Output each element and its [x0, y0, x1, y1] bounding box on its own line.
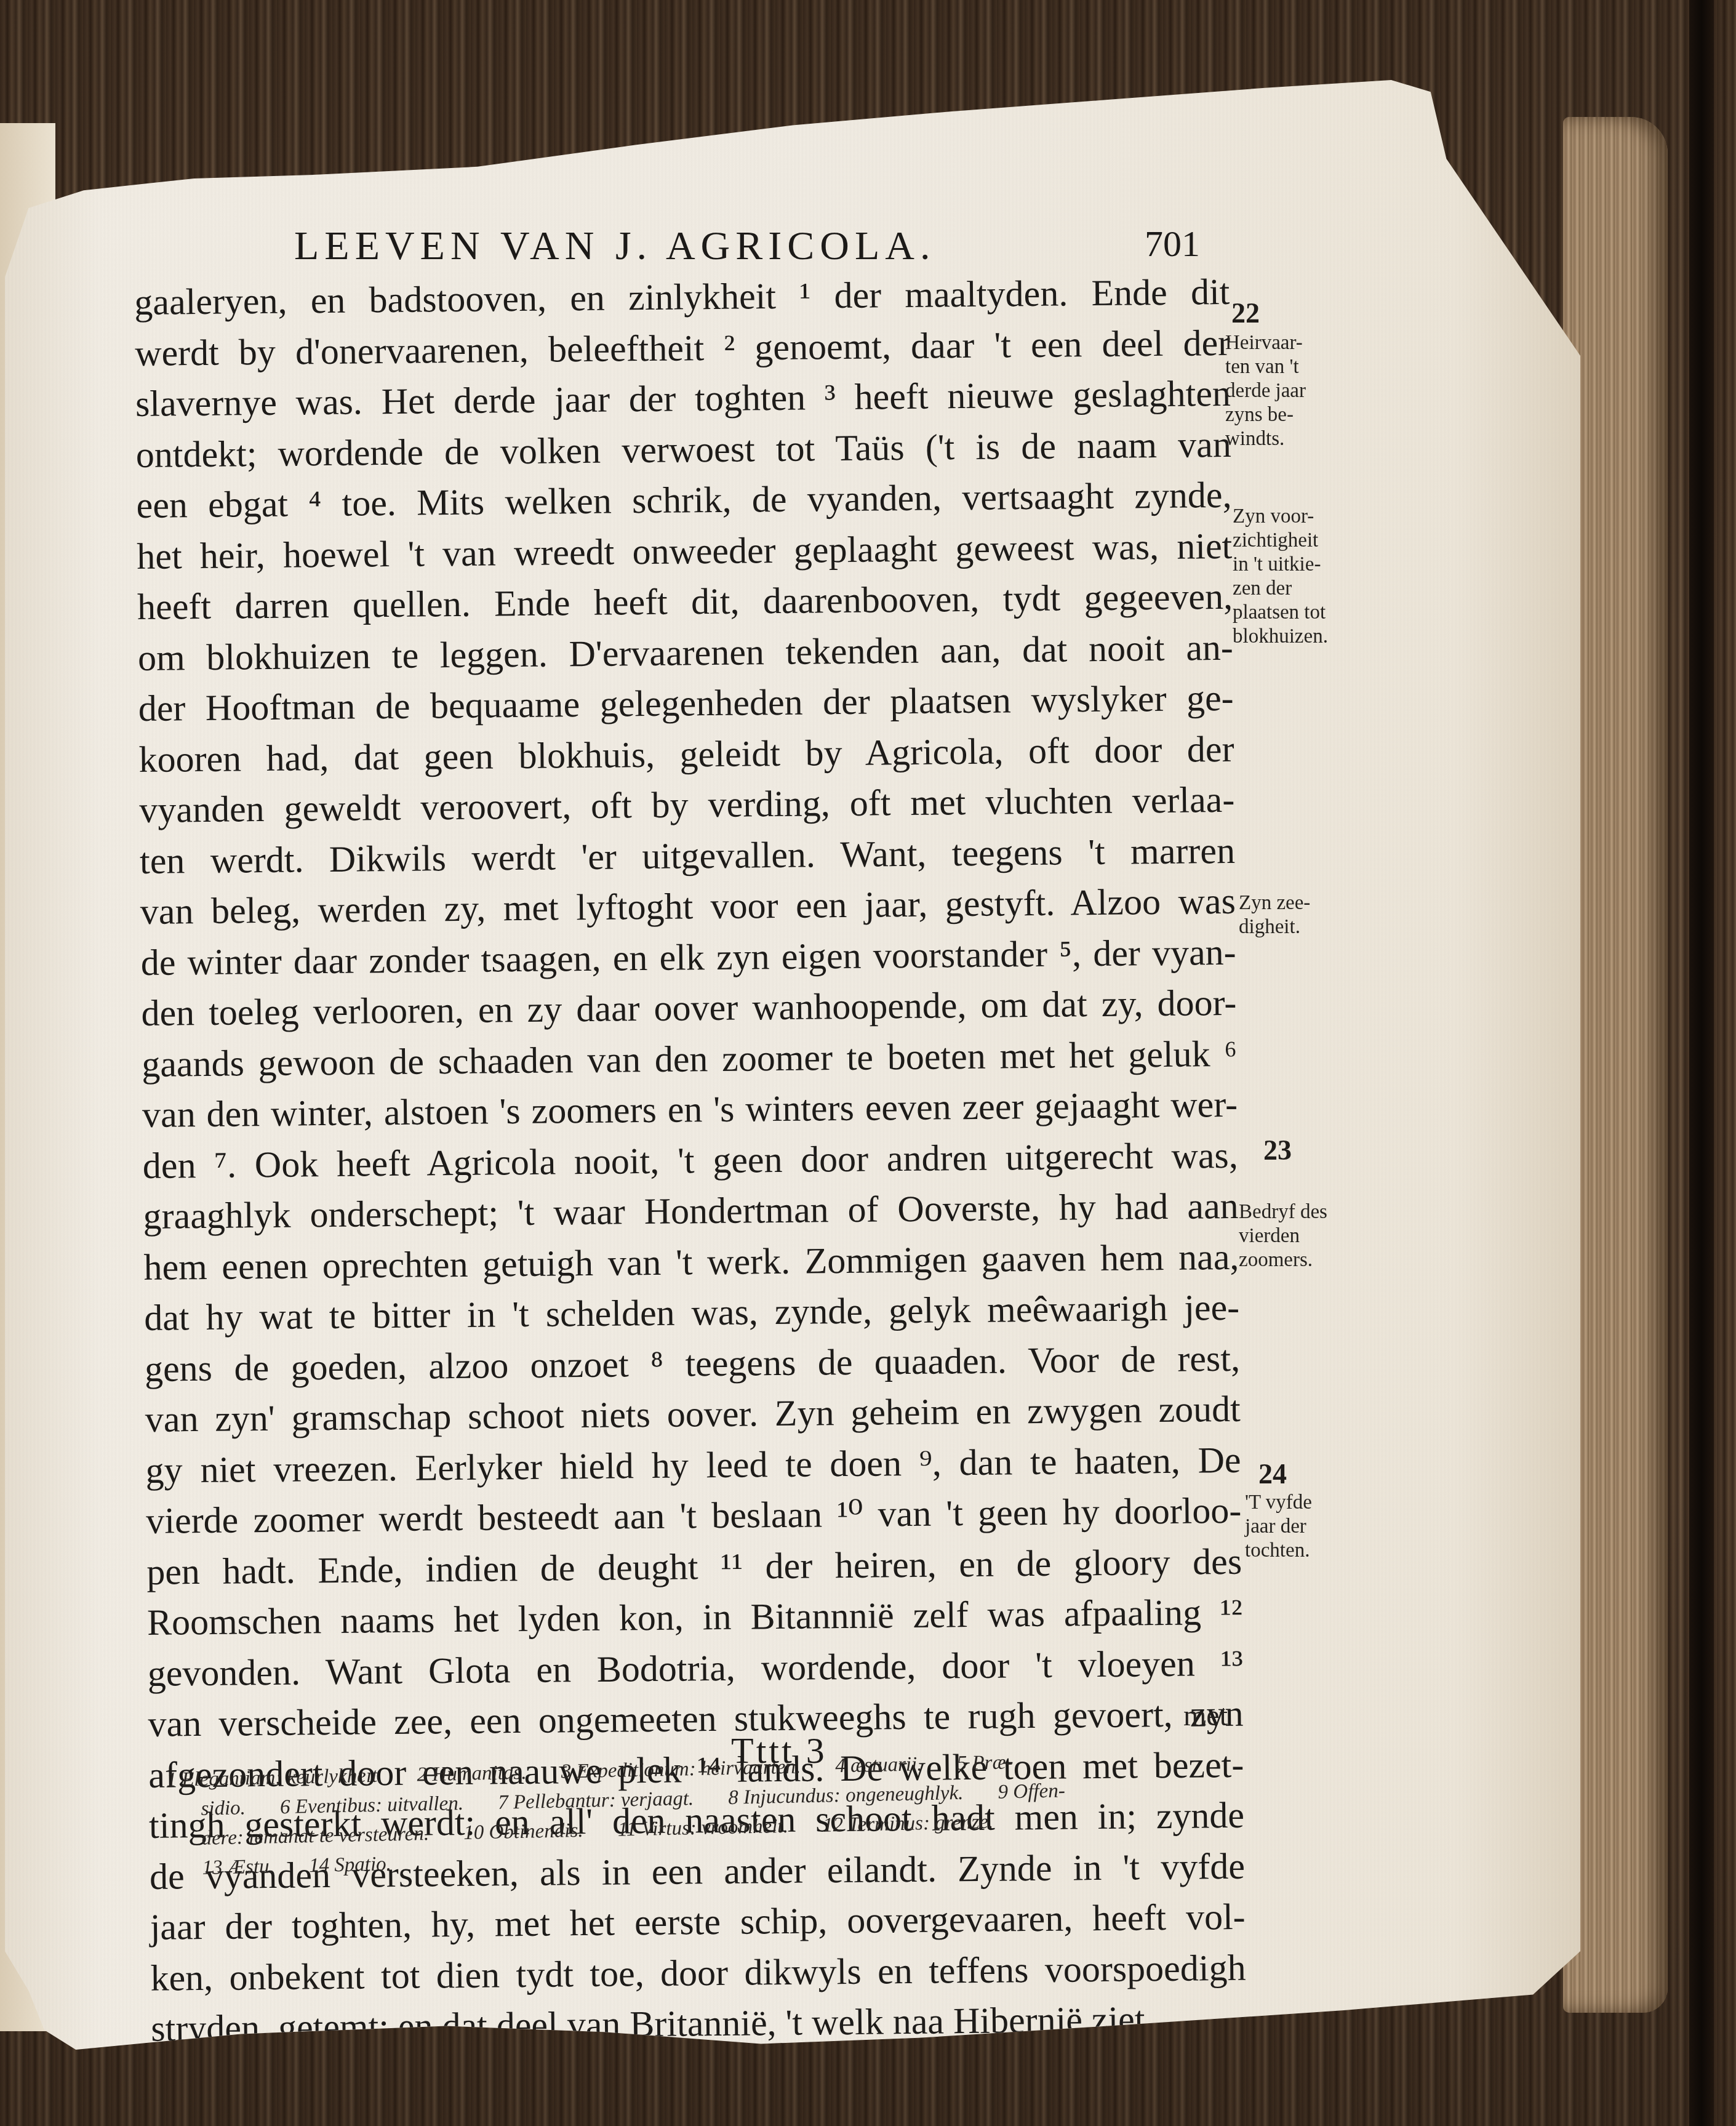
margin-note-line: zyns be-	[1225, 403, 1306, 427]
footnote: 9 Offen-	[998, 1779, 1065, 1803]
margin-note-line: zen der	[1233, 577, 1328, 601]
margin-note-line: Bedryf des	[1239, 1200, 1327, 1224]
margin-note-line: zichtigheit	[1233, 529, 1328, 553]
margin-note-line: jaar der	[1245, 1515, 1312, 1539]
margin-note-line: 'T vyfde	[1245, 1491, 1312, 1515]
footnote: 7 Pellebantur: verjaagt.	[498, 1787, 694, 1814]
running-head: LEEVEN VAN J. AGRICOLA.	[294, 223, 1156, 270]
footnote: dere: iemandt te versteuren.	[201, 1823, 429, 1850]
margin-note-line: Zyn zee-	[1239, 891, 1310, 915]
margin-note-line: zoomers.	[1239, 1248, 1327, 1272]
footnote: 2 Humanitas.	[417, 1762, 527, 1786]
section-number: 22	[1231, 297, 1260, 329]
footnote: 14 Spatio.	[309, 1853, 392, 1877]
table-seam	[1689, 0, 1714, 2126]
margin-note: 'T vyfde jaar der tochten.	[1245, 1491, 1312, 1563]
page-number: 701	[1145, 223, 1200, 265]
section-number: 24	[1258, 1458, 1287, 1490]
footnote: 11 Virtus: vroomheit.	[617, 1815, 788, 1841]
section-number: 23	[1263, 1134, 1292, 1166]
footnote: sidio.	[201, 1797, 246, 1820]
book-page: LEEVEN VAN J. AGRICOLA. 701 gaaleryen, e…	[5, 80, 1580, 2050]
margin-note-line: ten van 't	[1225, 355, 1306, 379]
footnote: 1 Elegantiam: keurlykheit.	[166, 1765, 383, 1791]
margin-note: Heirvaar- ten van 't derde jaar zyns be-…	[1225, 331, 1306, 451]
footnote: 8 Injucundus: ongeneughlyk.	[728, 1782, 964, 1809]
margin-note-line: tochten.	[1245, 1539, 1312, 1563]
margin-note-line: plaatsen tot	[1233, 601, 1328, 625]
footnote: 4 æstuarii.	[835, 1753, 922, 1777]
margin-note-line: vierden	[1239, 1224, 1327, 1248]
footnote: 3 Expeditionum: heirvaarten.	[561, 1755, 801, 1783]
footnotes: 1 Elegantiam: keurlykheit. 2 Humanitas. …	[166, 1742, 1276, 1883]
margin-note: Zyn zee- digheit.	[1239, 891, 1310, 939]
margin-note: Bedryf des vierden zoomers.	[1239, 1200, 1327, 1272]
margin-note-line: blokhuizen.	[1233, 625, 1328, 649]
footnote: 5 Præ-	[956, 1751, 1012, 1775]
margin-note-line: Zyn voor-	[1233, 505, 1328, 529]
text-line: stryden, getemt: en dat deel van Britann…	[151, 1993, 1247, 2055]
margin-note-line: in 't uitkie-	[1233, 553, 1328, 577]
footnote: 10 Obtinendis.	[463, 1819, 583, 1844]
margin-note-line: windts.	[1225, 427, 1306, 451]
footnote: 13 Æstu.	[202, 1855, 274, 1879]
margin-note-line: Heirvaar-	[1225, 331, 1306, 355]
margin-note-line: derde jaar	[1225, 379, 1306, 403]
footnote: 6 Eventibus: uitvallen.	[280, 1792, 464, 1818]
margin-note: Zyn voor- zichtigheit in 't uitkie- zen …	[1233, 505, 1328, 649]
footnote: 12 Terminus: grenze.	[823, 1811, 994, 1837]
catchword: met	[1183, 1699, 1228, 1733]
margin-note-line: digheit.	[1239, 915, 1310, 939]
